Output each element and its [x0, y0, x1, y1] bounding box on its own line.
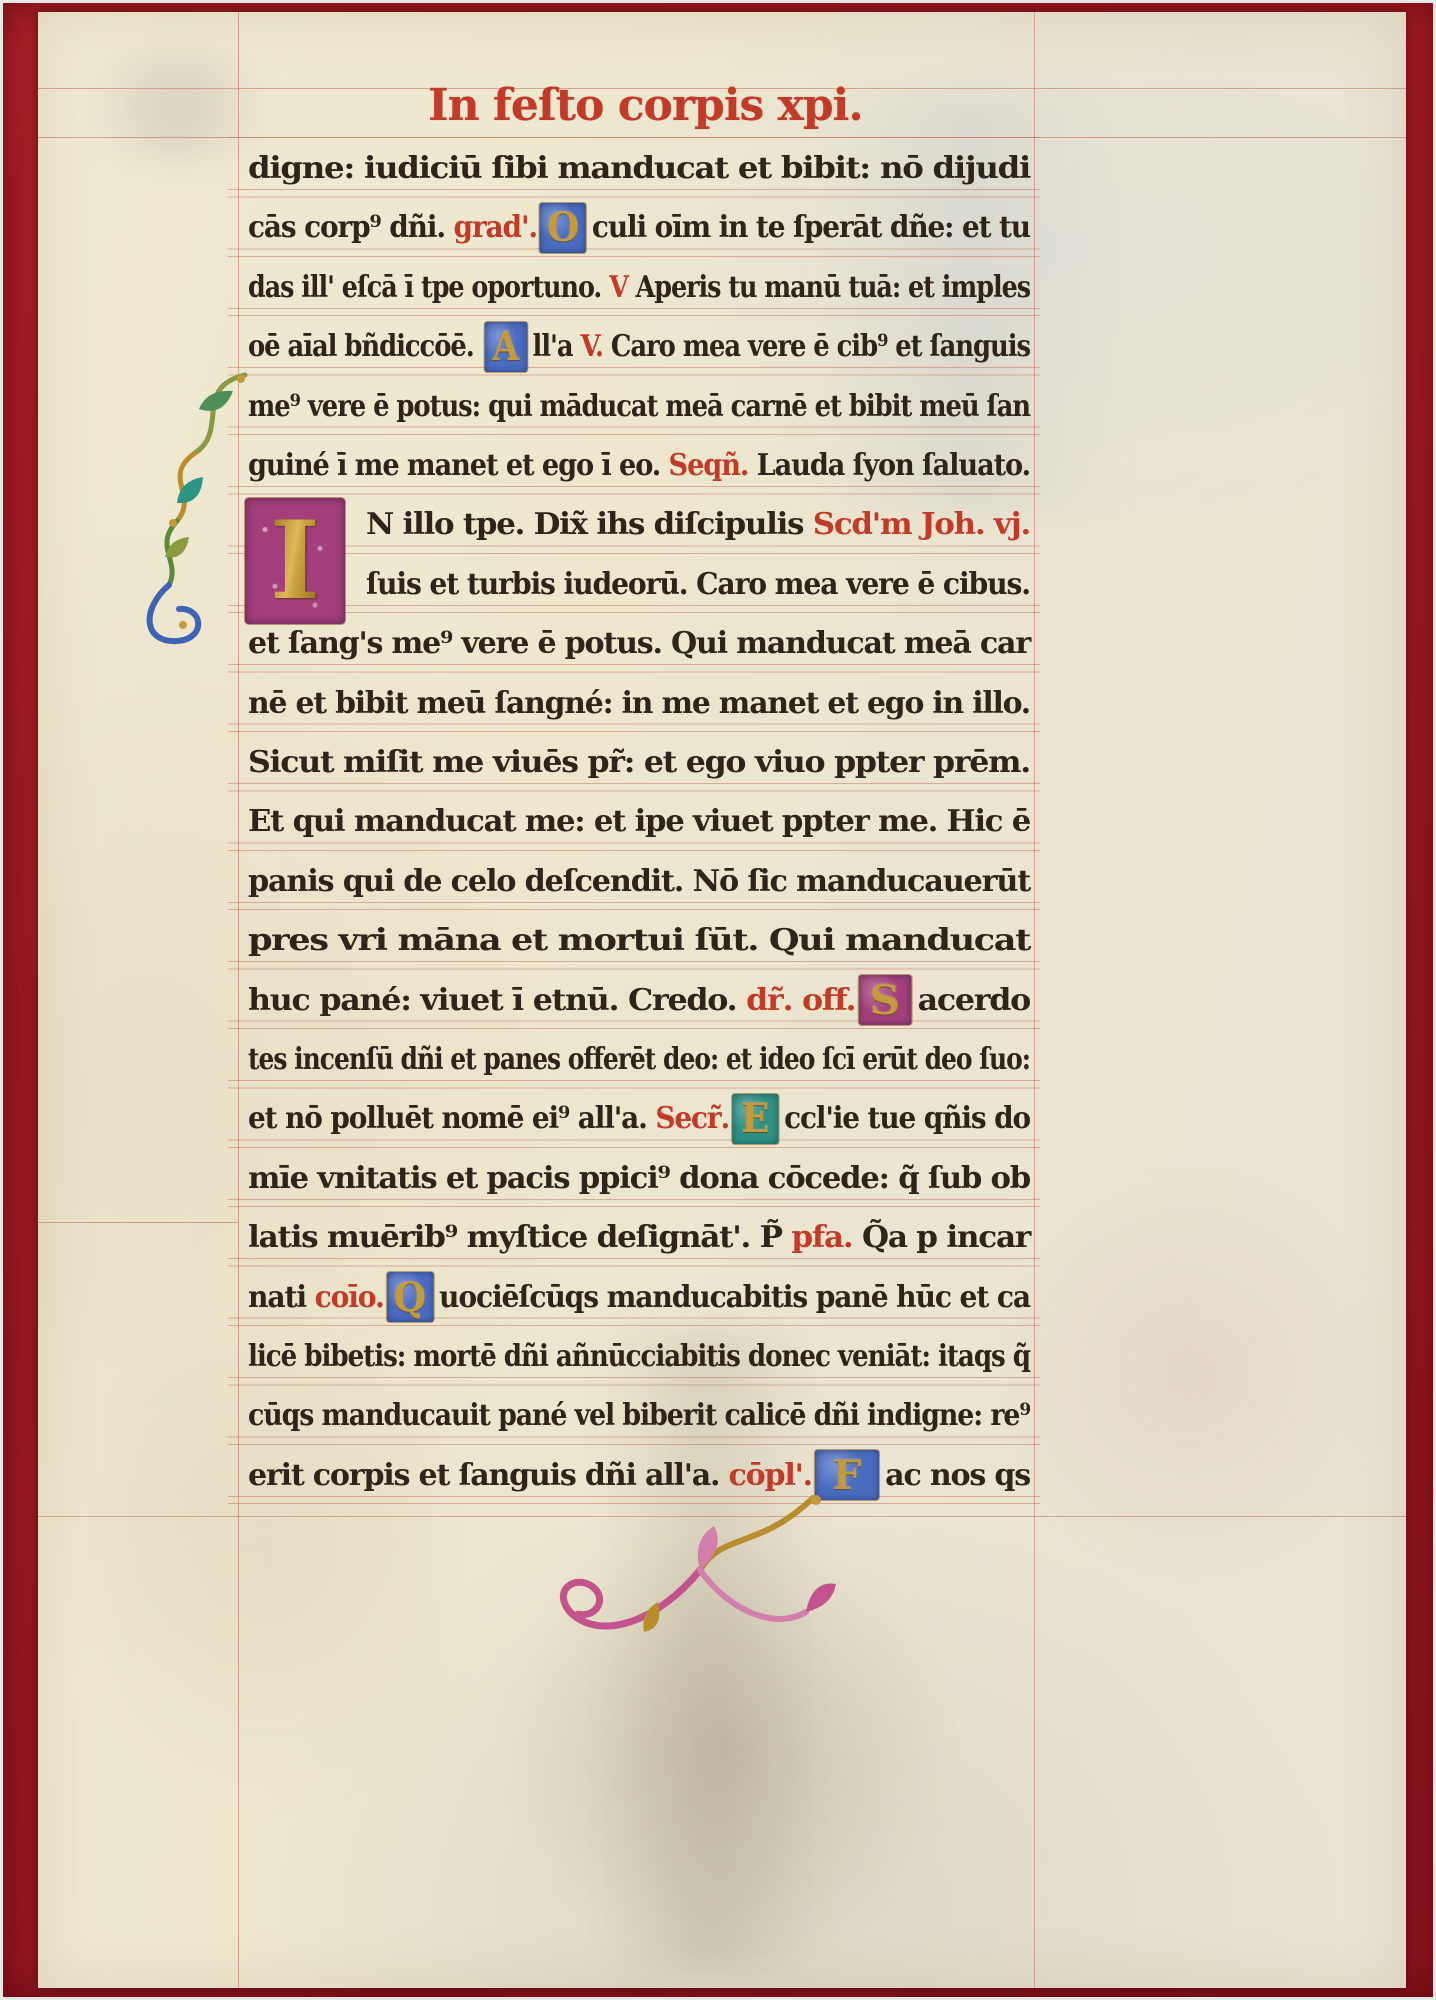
text-line: nē et bibit meū ſangné: in me manet et e… — [248, 674, 1030, 733]
text-line: erit corpis et ſanguis dñi all'a. cōpl'.… — [248, 1446, 1030, 1505]
body-text: et nō polluēt nomē ei⁹ all'a. — [248, 1101, 655, 1136]
body-text: Aperis tu manū tuā: et imples — [628, 270, 1030, 305]
body-text: tes incenſū dñi et panes offerēt deo: et… — [248, 1042, 1030, 1077]
illuminated-initial-e: E — [732, 1094, 779, 1144]
ruling-line-header — [38, 137, 1406, 138]
rubric-text: Secr̃. — [655, 1101, 729, 1136]
ruling-line-bottom — [38, 1516, 1406, 1517]
body-text: nati — [248, 1280, 315, 1315]
rubric-text: coīo. — [315, 1280, 384, 1315]
text-line: oē aīal bñdiccōē. All'a V. Caro mea vere… — [248, 317, 1030, 376]
text-line: N illo tpe. Dix̃ ihs diſcipulis Scd'm Jo… — [248, 495, 1030, 554]
illuminated-initial-o: O — [540, 203, 587, 253]
body-text: Caro mea vere ē cib⁹ et ſanguis — [603, 329, 1030, 364]
text-line: Et qui manducat me: et ipe viuet ppter m… — [248, 792, 1030, 851]
rubric-text: grad'. — [454, 210, 537, 245]
illuminated-initial-i: I — [245, 498, 345, 624]
ruling-line-left-vertical — [238, 12, 239, 1988]
text-line: digne: iudiciū ſibi manducat et bibit: n… — [248, 139, 1030, 198]
text-line: huc pané: viuet ī etnū. Credo. dr̃. off.… — [248, 971, 1030, 1030]
illuminated-initial-q: Q — [386, 1272, 433, 1322]
body-text: Sicut miſit me viuēs pr̃: et ego viuo pp… — [248, 745, 1030, 780]
rubric-text: Seqñ. — [669, 448, 749, 483]
illuminated-initial-a: A — [484, 322, 527, 372]
rubric-text: dr̃. off. — [746, 983, 855, 1018]
body-text: digne: iudiciū ſibi manducat et bibit: n… — [248, 151, 1030, 186]
text-line: cūqs manducauit pané vel biberit calicē … — [248, 1386, 1030, 1445]
body-text: acerdo — [918, 983, 1030, 1018]
body-text: guiné ī me manet et ego ī eo. — [248, 448, 669, 483]
body-text: ccl'ie tue qñis do — [784, 1101, 1030, 1136]
illuminated-initial-s: S — [858, 975, 911, 1025]
text-line: tes incenſū dñi et panes offerēt deo: et… — [248, 1030, 1030, 1089]
body-text: licē bibetis: mortē dñi añnūcciabitis do… — [248, 1339, 1030, 1374]
body-text: cūqs manducauit pané vel biberit calicē … — [248, 1398, 1030, 1433]
rubric-text: pfa. — [791, 1220, 852, 1255]
body-text: me⁹ vere ē potus: qui māducat meā carnē … — [248, 389, 1030, 424]
text-line: mīe vnitatis et pacis ppici⁹ dona cōcede… — [248, 1149, 1030, 1208]
body-text: Et qui manducat me: et ipe viuet ppter m… — [248, 804, 1030, 839]
rubric-text: V — [609, 270, 628, 305]
illuminated-initial-f: F — [815, 1450, 879, 1500]
body-text: ſuis et turbis iudeorū. Caro mea vere ē … — [366, 567, 1030, 602]
text-line: das ill' eſcā ī tpe oportuno. V Aperis t… — [248, 258, 1030, 317]
ruling-line-margin — [38, 1222, 238, 1223]
body-text: culi oīm in te ſperāt dñe: et tu — [592, 210, 1030, 245]
body-text: mīe vnitatis et pacis ppici⁹ dona cōcede… — [248, 1161, 1030, 1196]
body-text: latis muērib⁹ myſtice deſignāt'. P̃ — [248, 1220, 791, 1255]
body-text: uociēſcūqs manducabitis panē hūc et ca — [439, 1280, 1030, 1315]
body-text: oē aīal bñdiccōē. — [248, 329, 482, 364]
text-line: et ſang's me⁹ vere ē potus. Qui manducat… — [248, 614, 1030, 673]
text-line: me⁹ vere ē potus: qui māducat meā carnē … — [248, 377, 1030, 436]
text-line: nati coīo.Quociēſcūqs manducabitis panē … — [248, 1268, 1030, 1327]
page-title: In feſto corpis xpi. — [428, 80, 863, 131]
body-text: ll'a — [532, 329, 580, 364]
rubric-text: cōpl'. — [729, 1458, 812, 1493]
body-text: huc pané: viuet ī etnū. Credo. — [248, 983, 746, 1018]
body-text: N illo tpe. Dix̃ ihs diſcipulis — [366, 507, 813, 542]
text-line: licē bibetis: mortē dñi añnūcciabitis do… — [248, 1327, 1030, 1386]
show-through-stain — [998, 1162, 1378, 1582]
margin-flourish-ornament — [133, 357, 263, 657]
body-text: cās corp⁹ dñi. — [248, 210, 454, 245]
gold-letter: I — [270, 507, 321, 615]
body-text: et ſang's me⁹ vere ē potus. Qui manducat… — [248, 626, 1030, 661]
text-line: latis muērib⁹ myſtice deſignāt'. P̃ pfa.… — [248, 1208, 1030, 1267]
body-text: das ill' eſcā ī tpe oportuno. — [248, 270, 609, 305]
bottom-flourish-ornament — [508, 1490, 848, 1680]
body-text: pres vri māna et mortui ſūt. Qui manduca… — [248, 923, 1030, 958]
body-text: erit corpis et ſanguis dñi all'a. — [248, 1458, 729, 1493]
text-line: et nō polluēt nomē ei⁹ all'a. Secr̃.Eccl… — [248, 1089, 1030, 1148]
manuscript-photo: In feſto corpis xpi. digne: iudiciū ſibi… — [0, 0, 1436, 2000]
show-through-stain — [498, 1532, 958, 1962]
text-line: cās corp⁹ dñi. grad'.Oculi oīm in te ſpe… — [248, 198, 1030, 257]
body-text: panis qui de celo deſcendit. Nō ſic mand… — [248, 864, 1030, 899]
text-line: pres vri māna et mortui ſūt. Qui manduca… — [248, 911, 1030, 970]
parchment-page: In feſto corpis xpi. digne: iudiciū ſibi… — [38, 12, 1406, 1988]
text-line: panis qui de celo deſcendit. Nō ſic mand… — [248, 852, 1030, 911]
text-line: ſuis et turbis iudeorū. Caro mea vere ē … — [248, 555, 1030, 614]
body-text: ac nos qs — [885, 1458, 1030, 1493]
ruling-line-right-vertical — [1034, 12, 1035, 1988]
text-line: Sicut miſit me viuēs pr̃: et ego viuo pp… — [248, 733, 1030, 792]
body-text: nē et bibit meū ſangné: in me manet et e… — [248, 686, 1030, 721]
text-line: guiné ī me manet et ego ī eo. Seqñ. Laud… — [248, 436, 1030, 495]
body-text: Q̃a p incar — [852, 1220, 1030, 1255]
rubric-text: V. — [581, 329, 603, 364]
rubric-text: Scd'm Joh. vj. — [813, 507, 1030, 542]
body-text: Lauda ſyon ſaluato. — [748, 448, 1030, 483]
